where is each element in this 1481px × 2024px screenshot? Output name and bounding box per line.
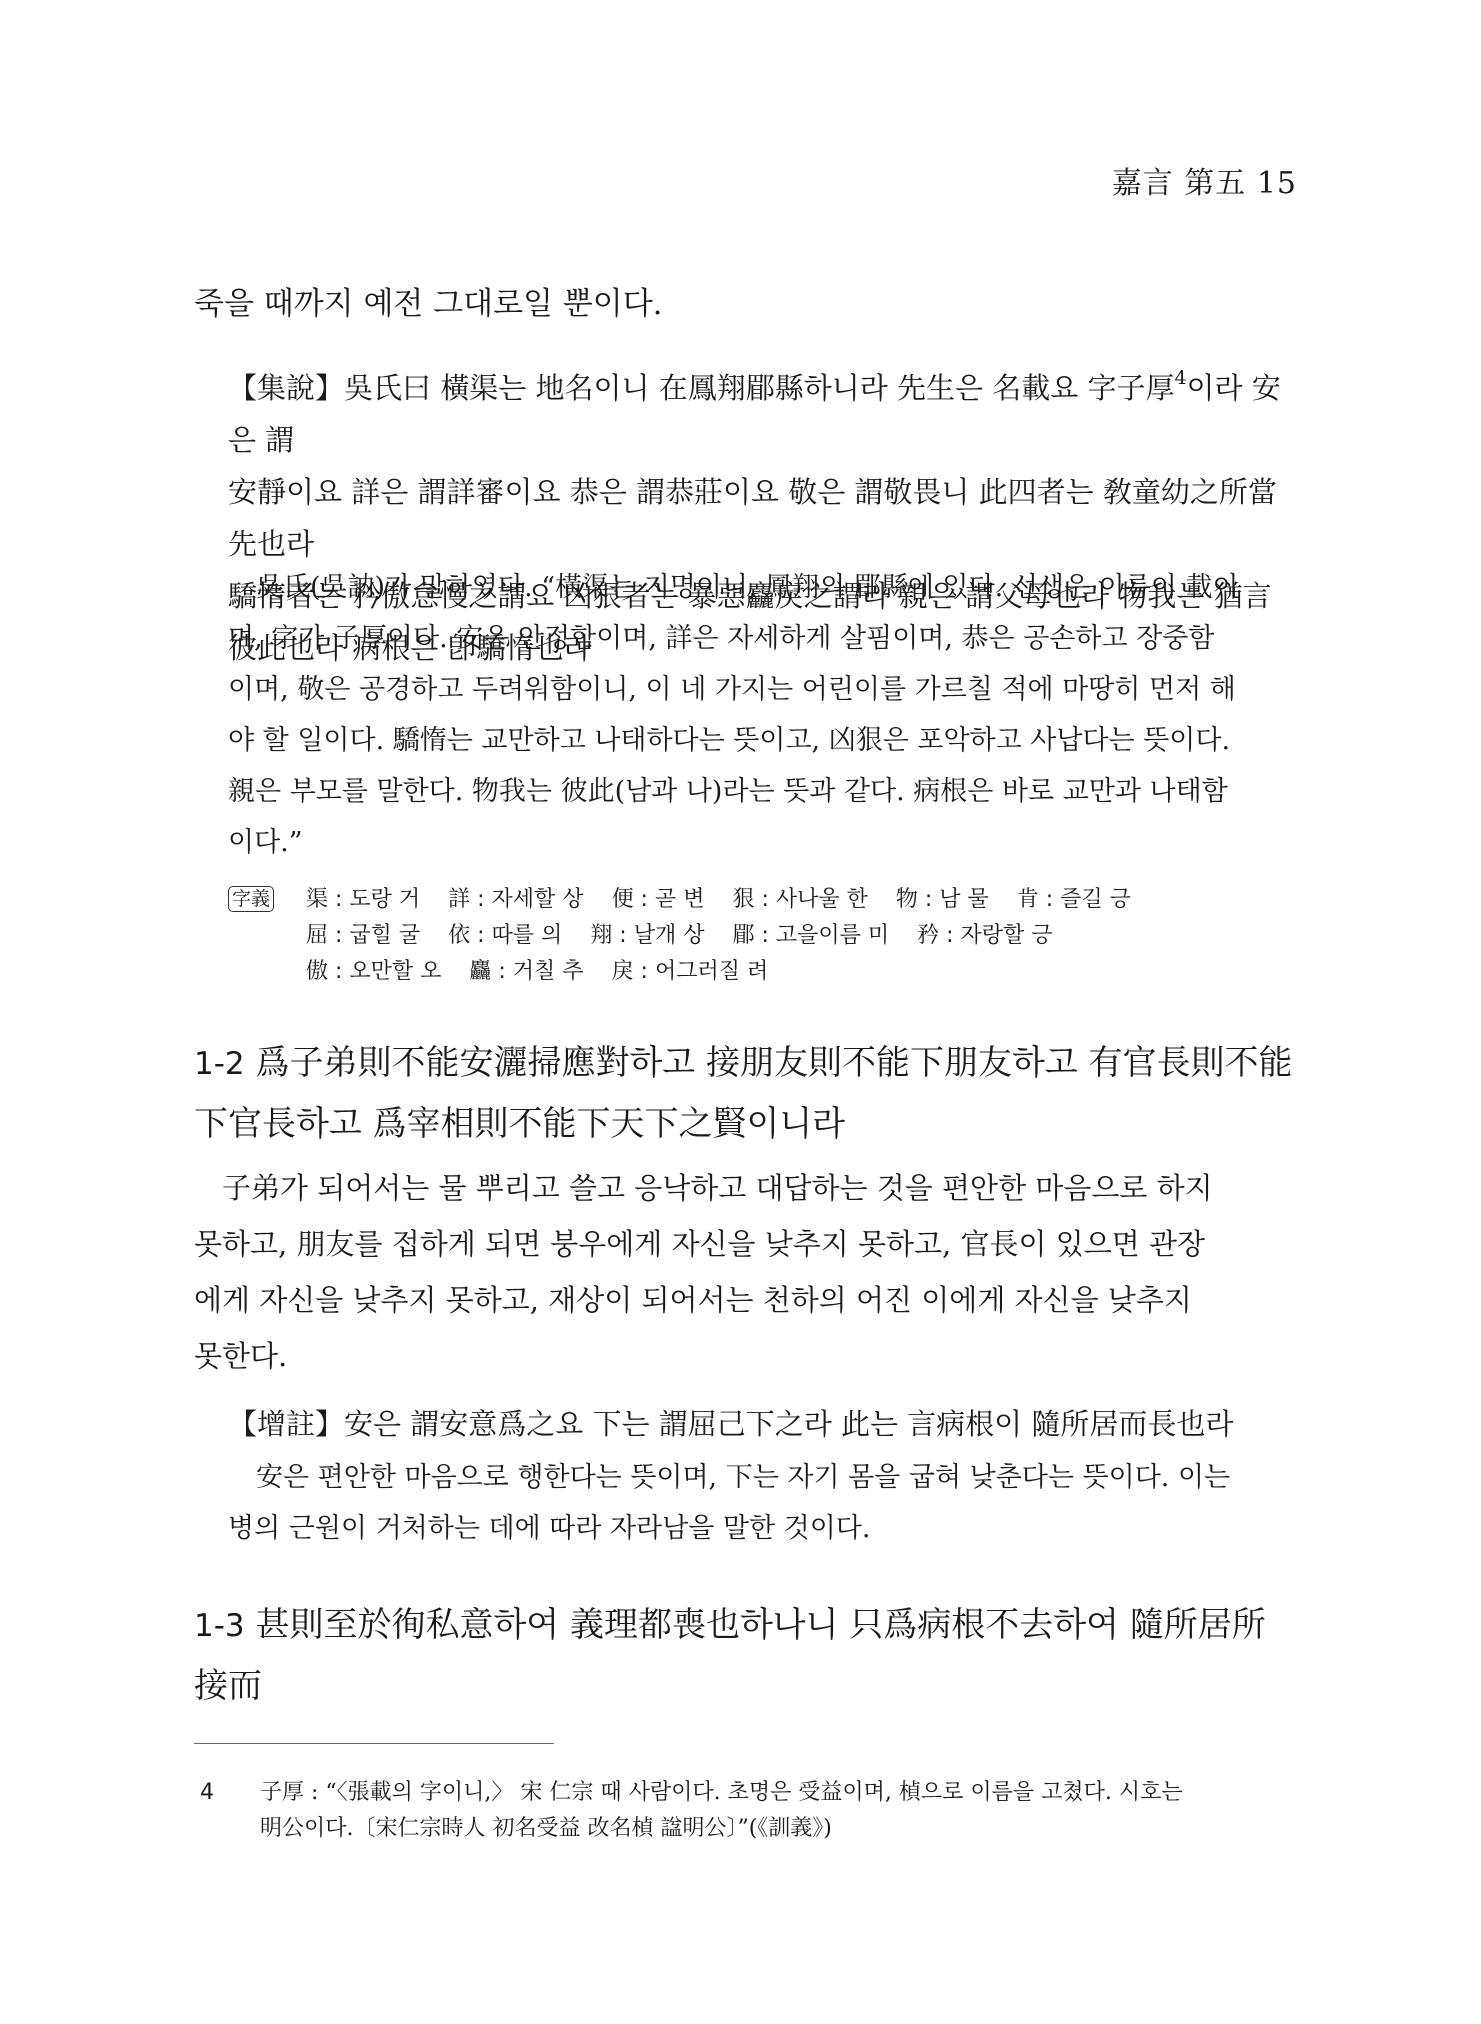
glossary-line: 屈 : 굽힐 굴依 : 따를 의翔 : 날개 상郿 : 고을이름 미矜 : 자랑… [306,918,1159,954]
translation-line: 이다.” [228,817,1297,868]
continuation-text: 죽을 때까지 예전 그대로일 뿐이다. [194,276,1297,332]
jeungju-translation: 安은 편안한 마음으로 행한다는 뜻이며, 下는 자기 몸을 굽혀 낮춘다는 뜻… [228,1452,1297,1554]
jipseol-translation: 吳氏(吳訥)가 말하였다. “橫渠는 지명이니, 鳳翔의 郿縣에 있다. 선생은… [228,562,1297,868]
translation-line: 못한다. [194,1328,1297,1384]
translation-line: 못하고, 朋友를 접하게 되면 붕우에게 자신을 낮추지 못하고, 官長이 있으… [194,1216,1297,1272]
footnote-number: 4 [200,1775,214,1811]
jipseol-line-2: 安靜이요 詳은 謂詳審이요 恭은 謂恭莊이요 敬은 謂敬畏니 此四者는 敎童幼之… [228,466,1297,570]
translation-line: 병의 근원이 거처하는 데에 따라 자라남을 말한 것이다. [228,1503,1297,1554]
glossary: 字義 渠 : 도랑 거詳 : 자세할 상便 : 곧 변狠 : 사나울 한物 : … [228,882,1159,990]
translation-line: 安은 편안한 마음으로 행한다는 뜻이며, 下는 자기 몸을 굽혀 낮춘다는 뜻… [228,1452,1297,1503]
jipseol-line-1: 【集說】吳氏曰 橫渠는 地名이니 在鳳翔郿縣하니라 先生은 名載요 字子厚4이라… [228,352,1297,466]
jipseol-label: 【集說】 [228,371,344,405]
section-1-2-heading: 1-2 爲子弟則不能安灑掃應對하고 接朋友則不能下朋友하고 有官長則不能 下官長… [194,1033,1297,1154]
footnote-4: 4 子厚 : “〈張載의 字이니,〉 宋 仁宗 때 사람이다. 초명은 受益이며… [194,1775,1297,1847]
jeungju-label: 【增註】 [228,1407,344,1441]
section-number: 1-3 [194,1608,245,1644]
footnote-divider [194,1743,554,1744]
translation-line: 吳氏(吳訥)가 말하였다. “橫渠는 지명이니, 鳳翔의 郿縣에 있다. 선생은… [228,562,1297,613]
glossary-line: 傲 : 오만할 오麤 : 거칠 추戾 : 어그러질 려 [306,954,1159,990]
translation-line: 에게 자신을 낮추지 못하고, 재상이 되어서는 천하의 어진 이에게 자신을 … [194,1272,1297,1328]
translation-line: 子弟가 되어서는 물 뿌리고 쓸고 응낙하고 대답하는 것을 편안한 마음으로 … [194,1160,1297,1216]
section-1-3-heading: 1-3 甚則至於徇私意하여 義理都喪也하나니 只爲病根不去하여 隨所居所接而 [194,1595,1297,1716]
running-header: 嘉言 第五 15 [1112,158,1297,202]
translation-line: 親은 부모를 말한다. 物我는 彼此(남과 나)라는 뜻과 같다. 病根은 바로… [228,766,1297,817]
running-title: 嘉言 第五 [1112,166,1247,201]
section-number: 1-2 [194,1046,245,1082]
glossary-badge: 字義 [228,886,274,912]
translation-line: 며, 字가 子厚이다. 安은 안정함이며, 詳은 자세하게 살핌이며, 恭은 공… [228,613,1297,664]
glossary-line: 渠 : 도랑 거詳 : 자세할 상便 : 곧 변狠 : 사나울 한物 : 남 물… [306,882,1159,918]
page-number: 15 [1257,166,1297,201]
jeungju-commentary: 【增註】安은 謂安意爲之요 下는 謂屈己下之라 此는 言病根이 隨所居而長也라 [228,1398,1297,1450]
section-1-2-translation: 子弟가 되어서는 물 뿌리고 쓸고 응낙하고 대답하는 것을 편안한 마음으로 … [194,1160,1297,1384]
translation-line: 야 할 일이다. 驕惰는 교만하고 나태하다는 뜻이고, 凶狠은 포악하고 사납… [228,715,1297,766]
footnote-ref[interactable]: 4 [1174,367,1186,389]
translation-line: 이며, 敬은 공경하고 두려워함이니, 이 네 가지는 어린이를 가르칠 적에 … [228,664,1297,715]
